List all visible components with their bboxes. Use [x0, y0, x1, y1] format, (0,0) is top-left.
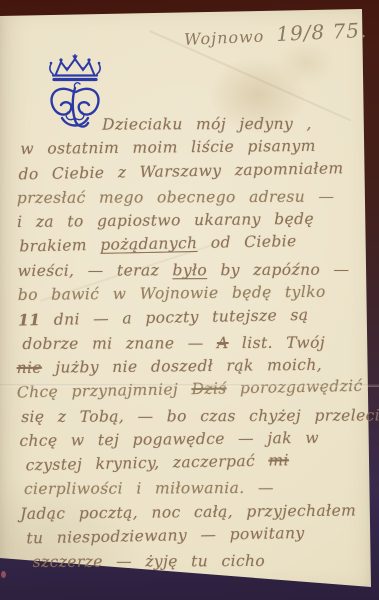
letter-word: cierpliwości i miłowania. — [24, 479, 274, 498]
letter-word: się z Tobą, — bo czas chyżej przeleci — [21, 406, 379, 426]
letter-word: by zapóźno — [207, 260, 349, 279]
letter-word: porozgawędzić [226, 377, 362, 398]
letter-word: i za to gapiostwo ukarany będę [17, 210, 314, 231]
letter-word: brakiem [19, 236, 100, 256]
letter-line: czystej krynicy, zaczerpać mi [17, 450, 369, 481]
letter-word: od Ciebie [197, 233, 296, 253]
paint-speck [1, 571, 6, 578]
letter-word: przesłać mego obecnego adresu — [17, 187, 335, 206]
letter-body: Dzieciaku mój jedyny ,w ostatnim moim li… [14, 112, 371, 577]
letter-word: Dzieciaku mój jedyny , [102, 115, 312, 134]
letter-line: Dzieciaku mój jedyny , [14, 114, 366, 140]
letter-line: wieści, — teraz było by zapóźno — [16, 260, 368, 286]
letter-word: tu niespodziewany — powitany [26, 524, 304, 547]
letter-line: przesłać mego obecnego adresu — [15, 187, 367, 213]
letter-word: A [217, 334, 229, 352]
letter-word: Dziś [191, 380, 226, 399]
letter-word: nie [17, 359, 43, 377]
letter-word: dobrze mi znane — [22, 334, 217, 353]
letter-word: Jadąc pocztą, noc całą, przyjechałem [20, 501, 356, 523]
letter-line: dobrze mi znane — A list. Twój [16, 333, 368, 359]
letter-line: szczerze — żyję tu cicho [19, 552, 371, 578]
letter-word: mi [268, 451, 289, 469]
letter-word: pożądanych [100, 234, 198, 254]
letter-word: czystej krynicy, zaczerpać [25, 452, 268, 475]
letter-line: cierpliwości i miłowania. — [18, 479, 370, 505]
letter-line: 11 dni — a poczty tutejsze są [16, 304, 368, 335]
letter-line: Chcę przynajmniej Dziś porozgawędzić [17, 377, 369, 408]
letter-photograph: Wojnowo 19/8 75. Dzieciaku mój jedyny ,w… [0, 0, 379, 600]
letter-word: w ostatnim moim liście pisanym [20, 137, 316, 158]
fold-crease [0, 384, 379, 387]
letter-line: brakiem pożądanych od Ciebie [15, 231, 367, 262]
letter-word: było [172, 261, 207, 279]
letter-line: się z Tobą, — bo czas chyżej przeleci — [17, 406, 369, 432]
date-value: 19/8 75. [276, 18, 368, 46]
letter-word: 11 [18, 310, 41, 329]
letter-word: list. Twój [229, 333, 326, 351]
letter-word: dni — a poczty tutejsze są [40, 306, 308, 329]
date-place: Wojnowo [184, 27, 265, 49]
letter-word: szczerze — żyję tu cicho [33, 552, 266, 571]
